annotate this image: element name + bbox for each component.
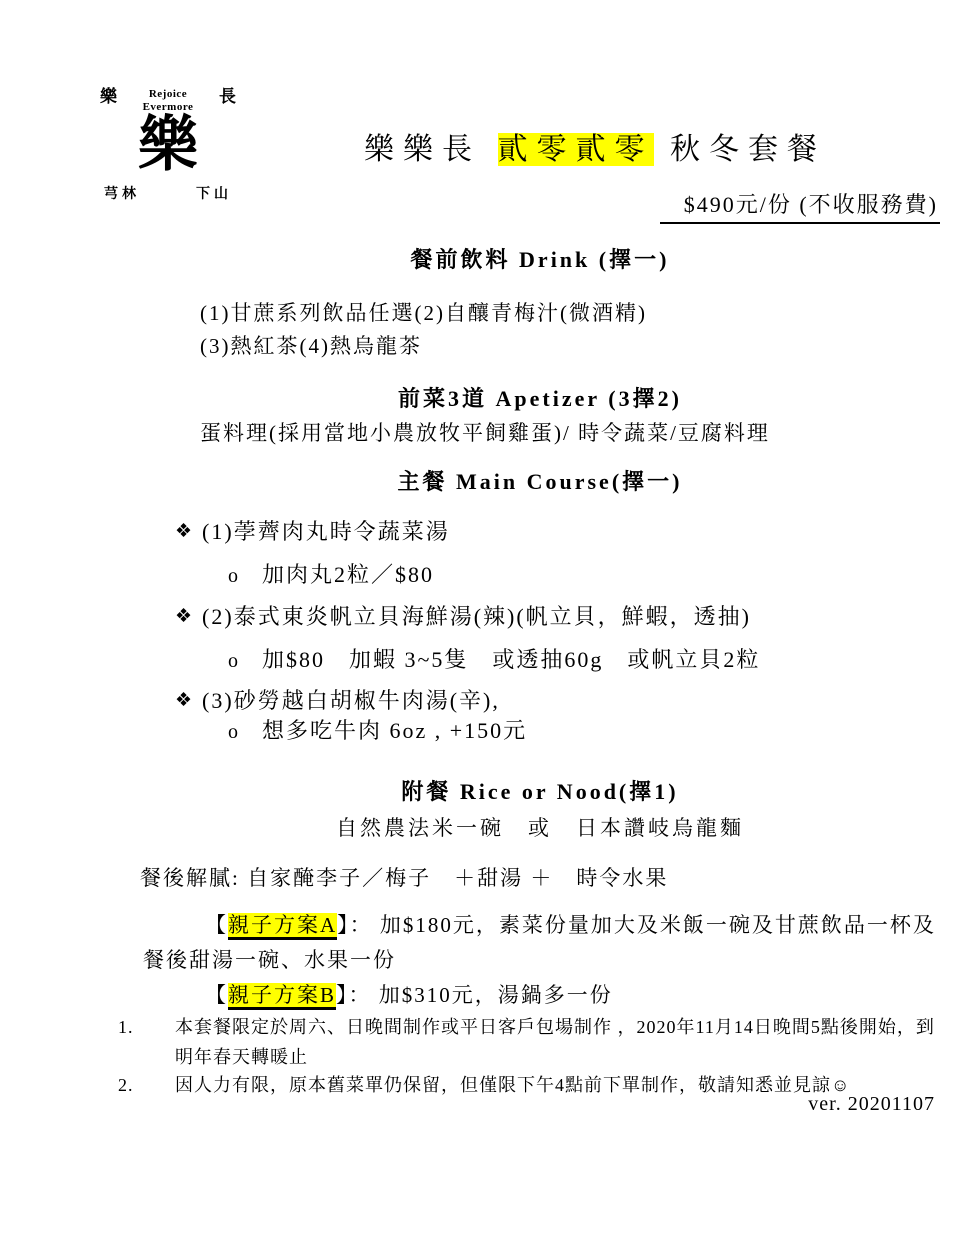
dessert-line: 餐後解膩: 自家醃李子／梅子 ＋甜湯 ＋ 時令水果 xyxy=(140,862,668,892)
plan-a-open-bracket: 【 xyxy=(205,913,228,937)
main-course-item-2-text: (2)泰式東炎帆立貝海鮮湯(辣)(帆立貝，鮮蝦，透抽) xyxy=(202,604,751,629)
circle-bullet-icon: o xyxy=(228,565,262,588)
title-prefix: 樂樂長 xyxy=(364,133,498,166)
main-course-item-2-sub-text: 加$80 加蝦 3~5隻 或透抽60g 或帆立貝2粒 xyxy=(262,647,760,672)
section-heading-appetizer: 前菜3道 Apetizer (3擇2) xyxy=(120,382,960,413)
drink-options-line1: (1)甘蔗系列飲品任選(2)自釀青梅汁(微酒精) xyxy=(200,297,647,327)
plan-b-name-highlight: 親子方案B xyxy=(228,983,336,1010)
main-course-item-1-sub-text: 加肉丸2粒／$80 xyxy=(262,562,434,587)
section-heading-main-course: 主餐 Main Course(擇一) xyxy=(120,465,960,496)
main-course-item-1: ❖(1)荸薺肉丸時令蔬菜湯 xyxy=(175,515,450,546)
plan-b-open-bracket: 【 xyxy=(205,983,228,1007)
family-plan-b: 【親子方案B】： 加$310元，湯鍋多一份 xyxy=(205,979,613,1009)
footnote-2-number: 2. xyxy=(118,1070,175,1100)
side-desc: 自然農法米一碗 或 日本讚岐烏龍麵 xyxy=(120,812,960,842)
brand-line1: Rejoice xyxy=(149,88,187,100)
main-course-item-3-text: (3)砂勞越白胡椒牛肉湯(辛), xyxy=(202,688,500,713)
title-year-highlight: 貳零貳零 xyxy=(498,133,654,166)
footnote-1-number: 1. xyxy=(118,1012,175,1042)
family-plan-a: 【親子方案A】： 加$180元，素菜份量加大及米飯一碗及甘蔗飲品一杯及餐後甜湯一… xyxy=(143,908,949,978)
section-heading-side: 附餐 Rice or Nood(擇1) xyxy=(120,775,960,806)
footnote-1-text: 本套餐限定於周六、日晚間制作或平日客戶包場制作 ，2020年11月14日晚間5點… xyxy=(175,1012,945,1072)
footnote-1: 1. 本套餐限定於周六、日晚間制作或平日客戶包場制作 ，2020年11月14日晚… xyxy=(118,1012,945,1072)
brand-name: Rejoice Evermore xyxy=(143,88,194,113)
page-title: 樂樂長 貳零貳零 秋冬套餐 xyxy=(230,124,960,168)
logo-location-row: 芎林 下山 xyxy=(98,183,238,203)
main-course-item-3-sub-text: 想多吃牛肉 6oz , +150元 xyxy=(262,718,527,743)
plan-b-desc: ： 加$310元，湯鍋多一份 xyxy=(349,983,613,1007)
appetizer-desc: 蛋料理(採用當地小農放牧平飼雞蛋)/ 時令蔬菜/豆腐料理 xyxy=(200,417,770,447)
section-heading-drink: 餐前飲料 Drink (擇一) xyxy=(120,243,960,274)
logo-top-row: 樂 Rejoice Evermore 長 xyxy=(98,88,238,113)
price-line: $490元/份 (不收服務費) xyxy=(660,188,940,224)
logo-location-right: 下山 xyxy=(196,183,232,203)
title-suffix: 秋冬套餐 xyxy=(654,133,827,166)
brand-line2: Evermore xyxy=(143,101,194,113)
drink-options-line2: (3)熱紅茶(4)熱烏龍茶 xyxy=(200,330,422,360)
logo-location-left: 芎林 xyxy=(104,183,140,203)
restaurant-logo: 樂 Rejoice Evermore 長 樂 芎林 下山 xyxy=(98,88,238,203)
main-course-item-3: ❖(3)砂勞越白胡椒牛肉湯(辛), xyxy=(175,684,500,715)
menu-document-page: 樂 Rejoice Evermore 長 樂 芎林 下山 樂樂長 貳零貳零 秋冬… xyxy=(0,0,960,1243)
circle-bullet-icon: o xyxy=(228,721,262,744)
plan-b-close-bracket: 】 xyxy=(336,983,349,1007)
logo-le-char: 樂 xyxy=(100,88,117,107)
diamond-bullet-icon: ❖ xyxy=(175,521,194,542)
diamond-bullet-icon: ❖ xyxy=(175,690,194,711)
main-course-item-1-text: (1)荸薺肉丸時令蔬菜湯 xyxy=(202,519,450,544)
main-course-item-1-sub: o加肉丸2粒／$80 xyxy=(228,558,434,589)
plan-a-close-bracket: 】 xyxy=(337,913,350,937)
logo-seal-character: 樂 xyxy=(98,115,238,175)
version-label: ver. 20201107 xyxy=(808,1093,935,1116)
circle-bullet-icon: o xyxy=(228,650,262,673)
main-course-item-2: ❖(2)泰式東炎帆立貝海鮮湯(辣)(帆立貝，鮮蝦，透抽) xyxy=(175,600,751,631)
main-course-item-3-sub: o想多吃牛肉 6oz , +150元 xyxy=(228,714,527,745)
main-course-item-2-sub: o加$80 加蝦 3~5隻 或透抽60g 或帆立貝2粒 xyxy=(228,643,760,674)
logo-chang-char: 長 xyxy=(219,88,236,107)
diamond-bullet-icon: ❖ xyxy=(175,606,194,627)
plan-a-name-highlight: 親子方案A xyxy=(228,913,337,940)
